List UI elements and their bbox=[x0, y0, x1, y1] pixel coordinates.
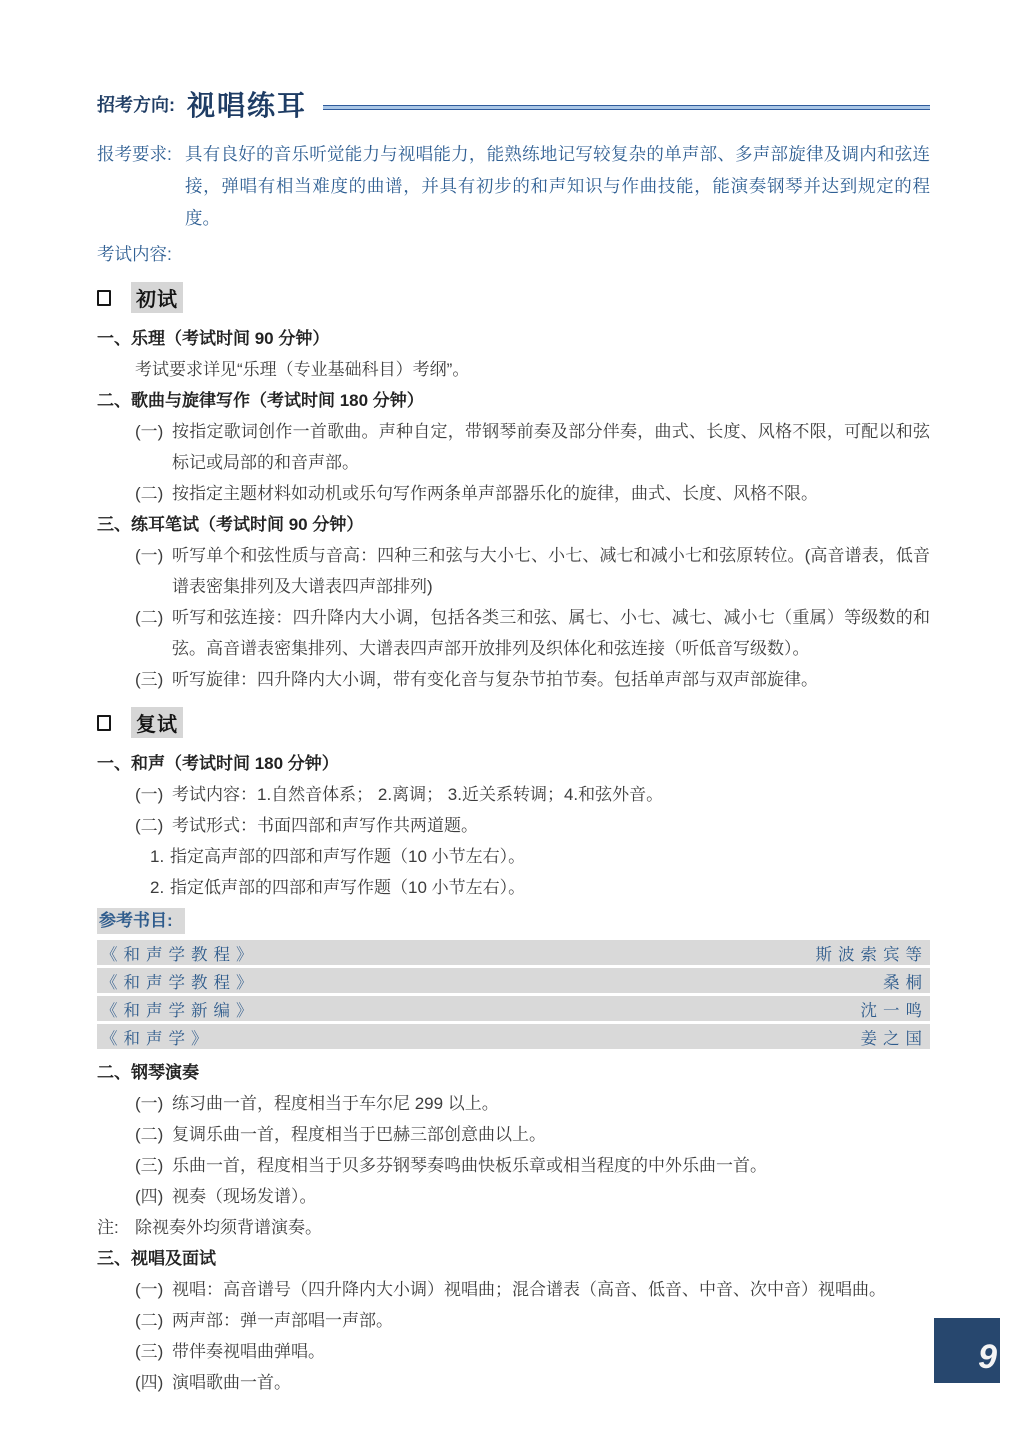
requirements-label: 报考要求: bbox=[97, 138, 185, 234]
major-field-label: 招考方向: bbox=[97, 91, 175, 117]
book-author: 斯波索宾等 bbox=[816, 941, 929, 965]
list-item: (三)听写旋律：四升降内大小调，带有变化音与复杂节拍节奏。包括单声部与双声部旋律… bbox=[135, 664, 930, 695]
list-item: 考试要求详见“乐理（专业基础科目）考纲”。 bbox=[135, 354, 930, 385]
book-title: 《和声学》 bbox=[101, 1025, 214, 1049]
ballot-box-icon bbox=[97, 290, 111, 306]
harmony-list: 一、和声（考试时间 180 分钟） (一)考试内容：1.自然音体系； 2.离调；… bbox=[97, 748, 930, 903]
page-header: 招考方向: 视唱练耳 bbox=[97, 84, 930, 124]
ballot-box-icon bbox=[97, 715, 111, 731]
section-header-second-round: 复试 bbox=[97, 707, 930, 738]
reference-books-section: 参考书目: 《和声学教程》斯波索宾等 《和声学教程》桑桐 《和声学新编》沈一鸣 … bbox=[97, 903, 930, 1049]
list-item: (二)听写和弦连接：四升降内大小调，包括各类三和弦、属七、小七、减七、减小七（重… bbox=[135, 602, 930, 664]
list-item: (四)视奏（现场发谱）。 bbox=[135, 1181, 930, 1212]
page-number-badge: 9 bbox=[934, 1318, 1000, 1383]
list-item: (一)听写单个和弦性质与音高：四种三和弦与大小七、小七、减七和减小七和弦原转位。… bbox=[135, 540, 930, 602]
exam-content-label: 考试内容: bbox=[97, 238, 930, 270]
list-item: (四)演唱歌曲一首。 bbox=[135, 1367, 930, 1398]
list-item: (二)按指定主题材料如动机或乐句写作两条单声部器乐化的旋律，曲式、长度、风格不限… bbox=[135, 478, 930, 509]
table-row: 《和声学新编》沈一鸣 bbox=[97, 996, 930, 1021]
page-title: 视唱练耳 bbox=[187, 84, 307, 124]
table-row: 《和声学教程》斯波索宾等 bbox=[97, 940, 930, 965]
piano-list: 二、钢琴演奏 (一)练习曲一首，程度相当于车尔尼 299 以上。 (二)复调乐曲… bbox=[97, 1057, 930, 1243]
section-title: 初试 bbox=[131, 282, 183, 313]
requirements-text: 具有良好的音乐听觉能力与视唱能力，能熟练地记写较复杂的单声部、多声部旋律及调内和… bbox=[185, 138, 930, 234]
book-title: 《和声学教程》 bbox=[101, 969, 259, 993]
section-title: 复试 bbox=[131, 707, 183, 738]
list-item: (一)练习曲一首，程度相当于车尔尼 299 以上。 bbox=[135, 1088, 930, 1119]
list-item: (一)视唱：高音谱号（四升降内大小调）视唱曲；混合谱表（高音、低音、中音、次中音… bbox=[135, 1274, 930, 1305]
list-item: 1.指定高声部的四部和声写作题（10 小节左右）。 bbox=[150, 841, 930, 872]
first-round-list: 一、乐理（考试时间 90 分钟） 考试要求详见“乐理（专业基础科目）考纲”。 二… bbox=[97, 323, 930, 695]
book-title: 《和声学教程》 bbox=[101, 941, 259, 965]
list-item: 一、乐理（考试时间 90 分钟） bbox=[97, 323, 930, 354]
page-number: 9 bbox=[978, 1338, 997, 1377]
list-item: (一)按指定歌词创作一首歌曲。声种自定，带钢琴前奏及部分伴奏，曲式、长度、风格不… bbox=[135, 416, 930, 478]
list-item: 一、和声（考试时间 180 分钟） bbox=[97, 748, 930, 779]
list-item: (一)考试内容：1.自然音体系； 2.离调； 3.近关系转调；4.和弦外音。 bbox=[135, 779, 930, 810]
note-line: 注:除视奏外均须背谱演奏。 bbox=[97, 1212, 930, 1243]
book-author: 姜之国 bbox=[861, 1025, 929, 1049]
reference-books-label: 参考书目: bbox=[97, 908, 185, 934]
book-author: 桑桐 bbox=[883, 969, 928, 993]
list-item: 2.指定低声部的四部和声写作题（10 小节左右）。 bbox=[150, 872, 930, 903]
page-content: 招考方向: 视唱练耳 报考要求: 具有良好的音乐听觉能力与视唱能力，能熟练地记写… bbox=[97, 84, 930, 1398]
list-item: (三)带伴奏视唱曲弹唱。 bbox=[135, 1336, 930, 1367]
list-item: 二、钢琴演奏 bbox=[97, 1057, 930, 1088]
book-title: 《和声学新编》 bbox=[101, 997, 259, 1021]
list-item: 三、视唱及面试 bbox=[97, 1243, 930, 1274]
list-item: (三)乐曲一首，程度相当于贝多芬钢琴奏鸣曲快板乐章或相当程度的中外乐曲一首。 bbox=[135, 1150, 930, 1181]
section-header-first-round: 初试 bbox=[97, 282, 930, 313]
list-item: (二)两声部：弹一声部唱一声部。 bbox=[135, 1305, 930, 1336]
list-item: (二)考试形式：书面四部和声写作共两道题。 bbox=[135, 810, 930, 841]
list-item: (二)复调乐曲一首，程度相当于巴赫三部创意曲以上。 bbox=[135, 1119, 930, 1150]
reference-books-table: 《和声学教程》斯波索宾等 《和声学教程》桑桐 《和声学新编》沈一鸣 《和声学》姜… bbox=[97, 940, 930, 1049]
book-author: 沈一鸣 bbox=[861, 997, 929, 1021]
header-rule-line bbox=[323, 105, 930, 110]
table-row: 《和声学教程》桑桐 bbox=[97, 968, 930, 993]
list-item: 二、歌曲与旋律写作（考试时间 180 分钟） bbox=[97, 385, 930, 416]
table-row: 《和声学》姜之国 bbox=[97, 1024, 930, 1049]
list-item: 三、练耳笔试（考试时间 90 分钟） bbox=[97, 509, 930, 540]
document-page: 招考方向: 视唱练耳 报考要求: 具有良好的音乐听觉能力与视唱能力，能熟练地记写… bbox=[0, 0, 1024, 1447]
application-requirements: 报考要求: 具有良好的音乐听觉能力与视唱能力，能熟练地记写较复杂的单声部、多声部… bbox=[97, 138, 930, 234]
sight-singing-list: 三、视唱及面试 (一)视唱：高音谱号（四升降内大小调）视唱曲；混合谱表（高音、低… bbox=[97, 1243, 930, 1398]
